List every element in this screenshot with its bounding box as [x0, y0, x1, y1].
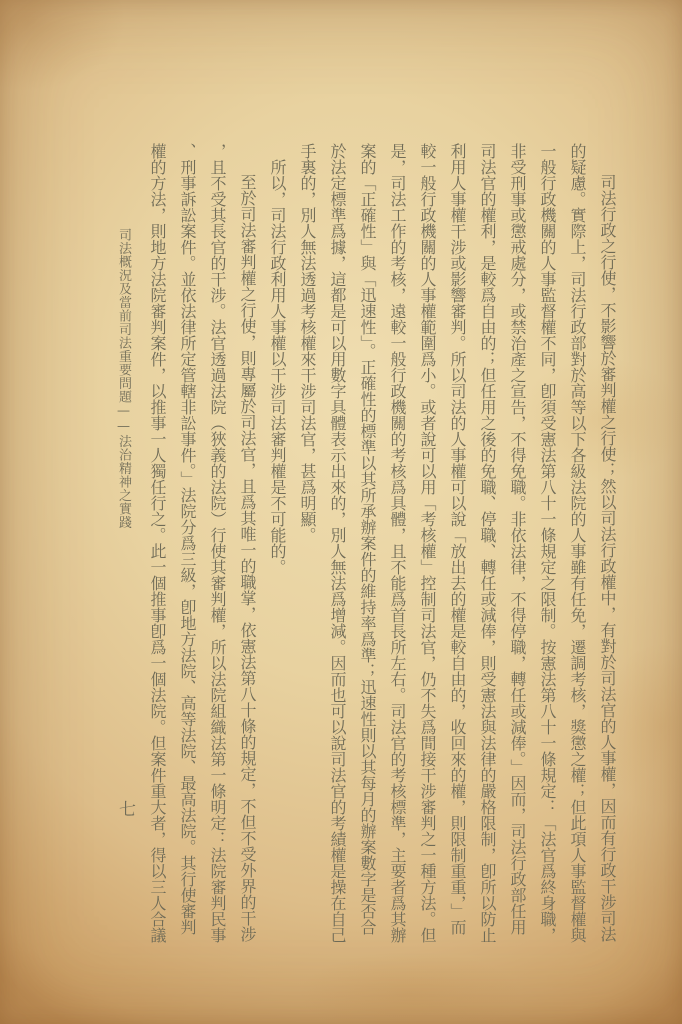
- text-column: 一般行政機關的人事監督權不同，卽須受憲法第八十一條規定之限制。按憲法第八十一條規…: [532, 143, 562, 953]
- text-column: 至於司法審判權之行使，則專屬於司法官，且爲其唯一的職掌，依憲法第八十條的規定，不…: [232, 143, 262, 953]
- page-number: 七: [113, 800, 138, 817]
- text-column: 、刑事訴訟案件。並依法律所定管轄非訟事件。」法院分爲三級，卽地方法院、高等法院、…: [172, 143, 202, 953]
- text-column: 司法行政之行使，不影響於審判權之行使；然以司法行政權中，有對於司法官的人事權，因…: [592, 143, 622, 953]
- text-column: 案的「正確性」與「迅速性」。正確性的標準以其所承辦案件的維持率爲準；迅速性則以其…: [352, 143, 382, 953]
- text-column: 較一般行政機關的人事權範圍爲小。或者說可以用「考核權」控制司法官，仍不失爲間接干…: [412, 143, 442, 953]
- text-column: 於法定標準爲據，這都是可以用數字具體表示出來的，別人無法爲增減。因而也可以說司法…: [322, 143, 352, 953]
- text-column: 非受刑事或懲戒處分，或禁治產之宣告，不得免職。非依法律，不得停職，轉任或減俸。」…: [502, 143, 532, 953]
- text-column: 的疑慮。實際上，司法行政部對於高等以下各級法院的人事雖有任免，遷調考核，獎懲之權…: [562, 143, 592, 953]
- text-column: 司法官的權利，是較爲自由的；但任用之後的免職、停職、轉任或減俸，則受憲法與法律的…: [472, 143, 502, 953]
- text-column: 所以，司法行政利用人事權以干涉司法審判權是不可能的。: [262, 143, 292, 953]
- body-text-block: 司法行政之行使，不影響於審判權之行使；然以司法行政權中，有對於司法官的人事權，因…: [142, 143, 622, 953]
- running-margin-title: 司法概況及當前司法重要問題——法治精神之實踐: [112, 228, 134, 529]
- text-column: ，且不受其長官的干涉。法官透過法院（狹義的法院）行使其審判權，所以法院組織法第一…: [202, 143, 232, 953]
- text-column: 手裏的，別人無法透過考核權來干涉司法官，甚爲明顯。: [292, 143, 322, 953]
- scanned-book-page: 司法行政之行使，不影響於審判權之行使；然以司法行政權中，有對於司法官的人事權，因…: [0, 0, 682, 1024]
- text-column: 利用人事權干涉或影響審判。所以司法的人事權可以說「放出去的權是較自由的，收回來的…: [442, 143, 472, 953]
- text-column: 權的方法，則地方法院審判案件，以推事一人獨任行之。此一個推事卽爲一個法院。但案件…: [142, 143, 172, 953]
- text-column: 是，司法工作的考核，遠較一般行政機關的考核爲具體，且不能爲首長所左右。司法官的考…: [382, 143, 412, 953]
